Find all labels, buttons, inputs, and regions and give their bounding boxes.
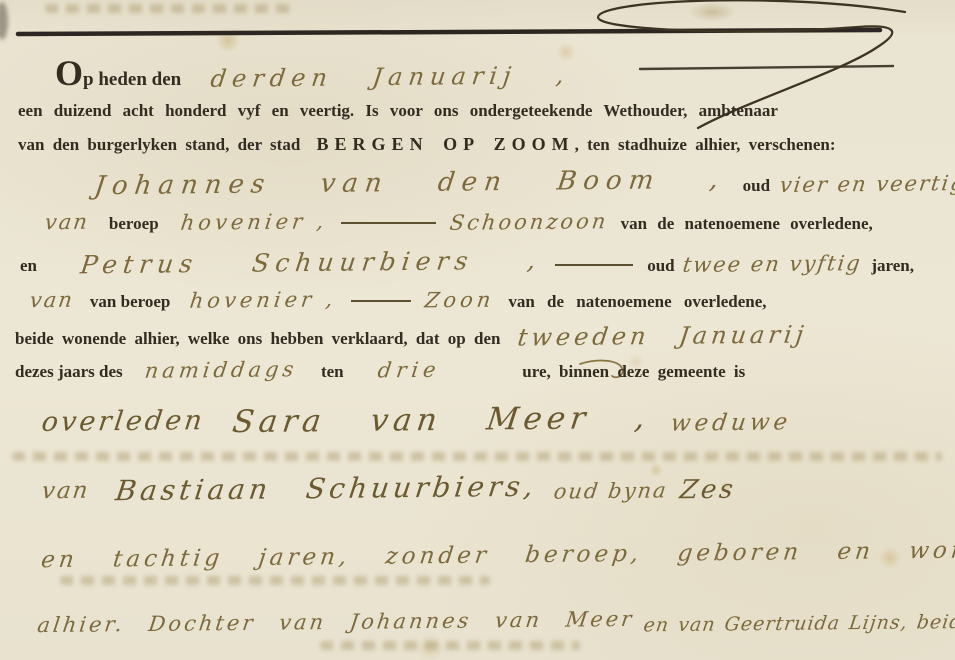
handwritten-word: oud byna: [553, 478, 670, 503]
handwritten-word: van: [43, 210, 90, 234]
form-line-deceased-name: overleden Sara van Meer , weduwe: [42, 402, 791, 438]
handwritten-age: vier en veertig: [778, 171, 955, 197]
printed-text: van den burgerlyken stand, der stad: [18, 135, 300, 154]
printed-text: beroep: [109, 214, 159, 233]
printed-text: en: [20, 256, 37, 275]
form-line-declaration: beide wonende alhier, welke ons hebben v…: [15, 322, 807, 350]
printed-text: ure, binnen deze gemeente is: [522, 362, 745, 381]
handwritten-word: overleden: [40, 405, 207, 438]
form-line-age-occupation: en tachtig jaren, zonder beroep, geboren…: [42, 542, 955, 568]
form-line-declarant1-occupation: van beroep hovenier , Schoonzoon van de …: [45, 210, 873, 234]
printed-text: oud: [743, 176, 770, 195]
form-line-spouse-name: van Bastiaan Schuurbiers, oud byna Zes: [42, 472, 736, 505]
printed-text: van beroep: [90, 292, 170, 311]
handwritten-spouse-name: Bastiaan Schuurbiers,: [113, 470, 539, 507]
printed-text: ten: [321, 362, 344, 381]
form-line-date-opening: Op heden den derden Januarij ,: [55, 52, 570, 94]
handwritten-age-word: Zes: [678, 475, 738, 506]
handwritten-relation: Schoonzoon: [449, 209, 611, 235]
handwritten-deceased-name: Sara van Meer ,: [230, 400, 652, 440]
form-line-time: dezes jaars des namiddags ten drie ure, …: [15, 358, 745, 382]
handwritten-word: van: [40, 478, 91, 504]
form-line-year: een duizend acht honderd vyf en veertig.…: [18, 101, 778, 121]
bleedthrough-text: [60, 576, 490, 585]
handwritten-date: derden Januarij ,: [209, 61, 572, 93]
printed-text: van de natenoemene overledene,: [508, 292, 766, 311]
printed-text: , ten stadhuize alhier, verschenen:: [575, 135, 836, 154]
form-line-declarant2: en Petrus Schuurbiers , oud twee en vyft…: [20, 248, 914, 277]
handwritten-text: en tachtig jaren, zonder beroep, geboren…: [40, 537, 955, 573]
bleedthrough-text: [320, 641, 580, 650]
handwritten-relation: Zoon: [423, 288, 496, 313]
certificate-scan: Op heden den derden Januarij , een duize…: [0, 0, 955, 660]
handwritten-occupation: hovenier ,: [189, 287, 339, 313]
city-name: BERGEN OP ZOOM: [317, 134, 575, 154]
handwritten-name: Johannes van den Boom ,: [93, 165, 727, 202]
handwritten-name: Petrus Schuurbiers ,: [79, 246, 544, 280]
handwritten-word: van: [28, 288, 75, 312]
fill-line: [341, 222, 436, 224]
handwritten-occupation: hovenier ,: [179, 209, 329, 235]
printed-text: een duizend acht honderd vyf en veertig.…: [18, 101, 778, 120]
handwritten-time-of-day: namiddags: [143, 357, 299, 383]
handwritten-parents: en van Geertruida Lijns, beide overleden: [642, 610, 955, 637]
printed-text: Op heden den: [55, 52, 181, 94]
handwritten-hour: drie: [376, 358, 442, 383]
printed-text: dezes jaars des: [15, 362, 123, 381]
fill-line: [555, 264, 633, 266]
handwritten-date: tweeden Januarij: [516, 320, 809, 351]
printed-text: oud: [647, 256, 674, 275]
printed-text: beide wonende alhier, welke ons hebben v…: [15, 329, 500, 348]
handwritten-age: twee en vyftig: [681, 251, 863, 277]
form-line-city: van den burgerlyken stand, der stad BERG…: [18, 134, 836, 155]
bleedthrough-text: [12, 452, 942, 461]
form-line-declarant1: Johannes van den Boom , oud vier en veer…: [95, 168, 955, 198]
handwritten-word: weduwe: [670, 409, 794, 436]
printed-text: jaren,: [871, 256, 914, 275]
form-line-parents: alhier. Dochter van Johannes van Meer en…: [38, 610, 955, 634]
printed-text: van de natenoemene overledene,: [621, 214, 873, 233]
form-line-declarant2-occupation: van van beroep hovenier , Zoon van de na…: [30, 288, 767, 312]
fill-line: [351, 300, 411, 302]
handwritten-parents: alhier. Dochter van Johannes van Meer: [36, 607, 636, 637]
